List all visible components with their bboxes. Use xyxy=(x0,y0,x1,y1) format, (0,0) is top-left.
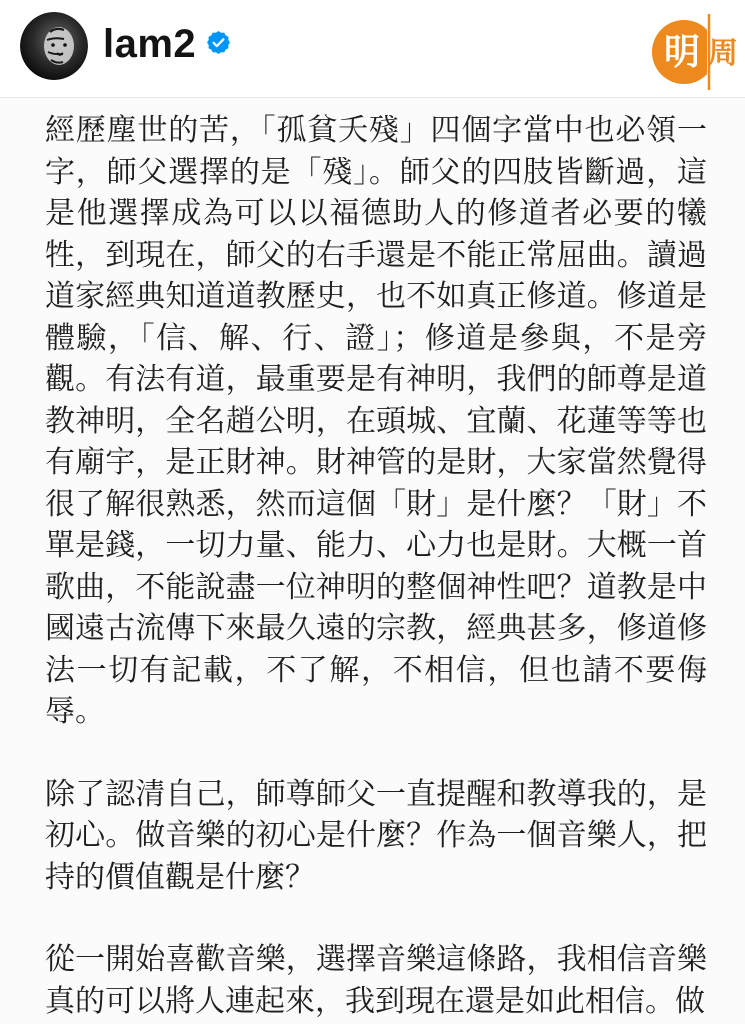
post-body: 經歷塵世的苦，「孤貧夭殘」四個字當中也必領一字，師父選擇的是「殘」。師父的四肢皆… xyxy=(0,97,745,1024)
post-paragraph-3: 從一開始喜歡音樂，選擇音樂這條路，我相信音樂真的可以將人連起來，我到現在還是如此… xyxy=(45,939,707,1022)
post-paragraph-2: 除了認清自己，師尊師父一直提醒和教導我的，是初心。做音樂的初心是什麼？作為一個音… xyxy=(45,774,707,899)
tiger-avatar-icon xyxy=(20,12,88,80)
username[interactable]: lam2 xyxy=(103,22,196,67)
avatar[interactable] xyxy=(20,12,88,80)
verified-badge-icon xyxy=(206,30,231,55)
post-paragraph-1: 經歷塵世的苦，「孤貧夭殘」四個字當中也必領一字，師父選擇的是「殘」。師父的四肢皆… xyxy=(45,110,707,733)
logo-char-ming: 明 xyxy=(664,32,700,72)
mingpao-logo-icon: 明 周 xyxy=(651,8,737,96)
logo-char-chow: 周 xyxy=(708,37,737,70)
post-screenshot: lam2 明 周 經歷塵世的苦，「孤貧夭殘」四個字當中也必領一字，師父選擇的是「… xyxy=(0,0,745,1024)
post-header: lam2 明 周 xyxy=(0,0,745,97)
